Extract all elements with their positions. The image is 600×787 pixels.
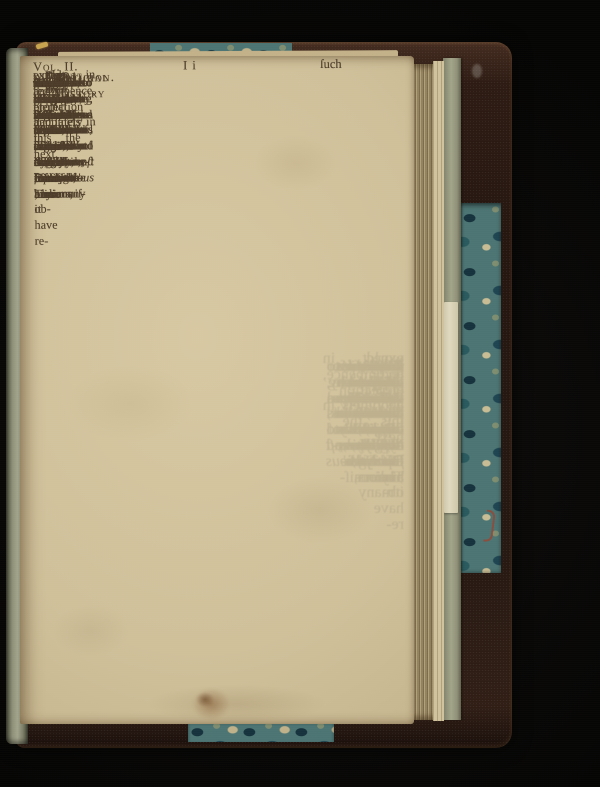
catchword: ſuch bbox=[320, 57, 342, 72]
marbled-endpaper-bottom bbox=[188, 721, 334, 742]
bookmark-strip bbox=[444, 302, 458, 513]
fore-edge-light-band bbox=[433, 61, 444, 721]
book-page: expect, in recompence, protection and ſa… bbox=[20, 56, 414, 724]
photo-background: expect, in recompence, protection and ſa… bbox=[0, 0, 600, 787]
leather-smudge bbox=[472, 64, 482, 78]
page-content: The Natural History of Religion. 481 exp… bbox=[20, 56, 414, 724]
volume-label: Vol. II. bbox=[33, 59, 78, 74]
signature-mark: I i bbox=[183, 58, 197, 73]
fore-edge-pages bbox=[411, 64, 435, 720]
page-footer: Vol. II. I i ſuch bbox=[33, 56, 388, 75]
